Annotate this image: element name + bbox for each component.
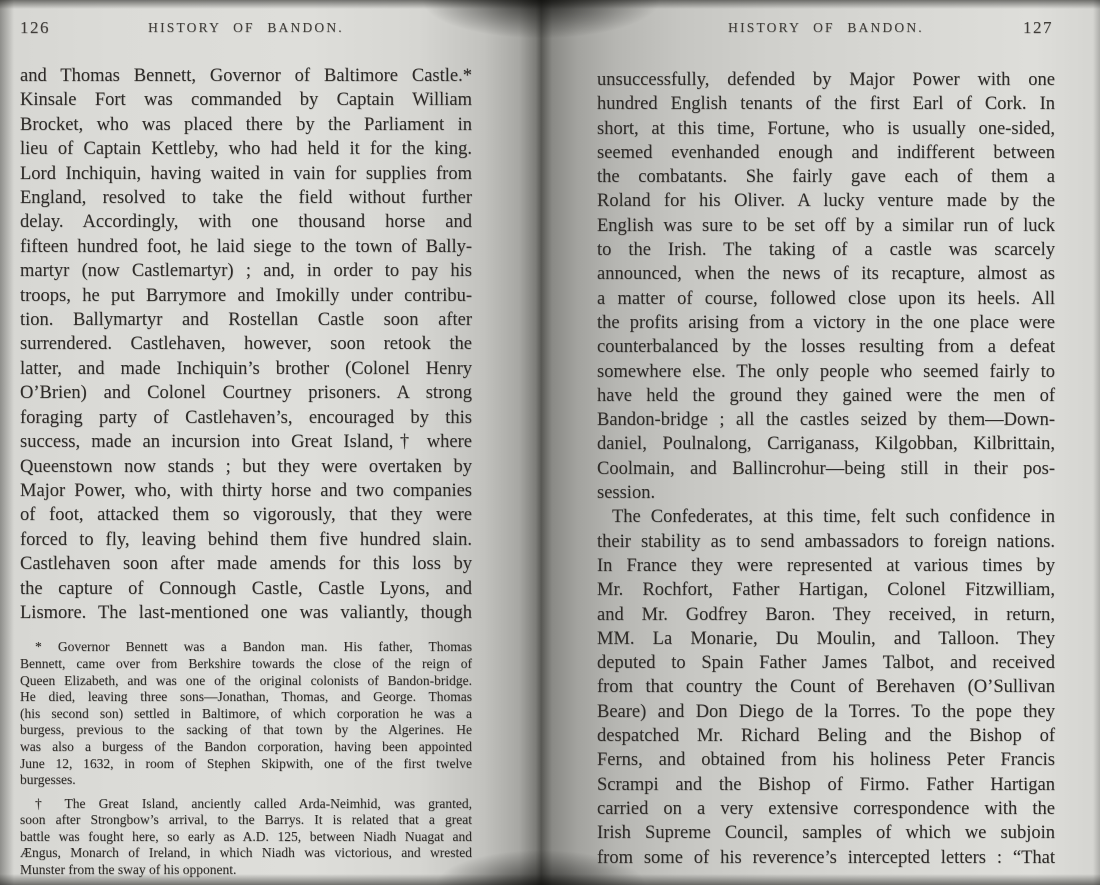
- text-line: Ængus, Monarch of Ireland, in which Niad…: [20, 845, 472, 862]
- text-line: deputed to Spain Father James Talbot, an…: [597, 651, 1055, 675]
- text-line: MM. La Monarie, Du Moulin, and Talloon. …: [597, 627, 1055, 651]
- text-line: latter, and made Inchiquin’s brother (Co…: [20, 357, 472, 381]
- text-line: Bandon-bridge ; all the castles seized b…: [597, 408, 1055, 432]
- text-line: Ferns, and obtained from his holiness Pe…: [597, 748, 1055, 772]
- text-line: somewhere else. The only people who seem…: [597, 360, 1055, 384]
- text-line: from that country the Count of Berehaven…: [597, 675, 1055, 699]
- footnote-asterisk: * Governor Bennett was a Bandon man. His…: [20, 639, 472, 788]
- text-line: Scrampi and the Bishop of Firmo. Father …: [597, 773, 1055, 797]
- text-line: success, made an incursion into Great Is…: [20, 430, 472, 454]
- text-line: Lord Inchiquin, having waited in vain fo…: [20, 162, 472, 186]
- page-header: HISTORY OF BANDON. 127: [597, 20, 1055, 42]
- text-line: delay. Accordingly, with one thousand ho…: [20, 210, 472, 234]
- page-header: 126 HISTORY OF BANDON.: [20, 20, 472, 42]
- text-line: unsuccessfully, defended by Major Power …: [597, 68, 1055, 92]
- text-line: and Mr. Godfrey Baron. They received, in…: [597, 603, 1055, 627]
- page-127: HISTORY OF BANDON. 127 unsuccessfully, d…: [597, 20, 1055, 870]
- body-paragraph: and Thomas Bennett, Governor of Baltimor…: [20, 64, 472, 625]
- text-line: hundred English tenants of the first Ear…: [597, 92, 1055, 116]
- text-line: England, resolved to take the field with…: [20, 186, 472, 210]
- body-paragraph: The Confederates, at this time, felt suc…: [597, 505, 1055, 869]
- text-line: the profits arising from a victory in th…: [597, 311, 1055, 335]
- text-line: daniel, Poulnalong, Carriganass, Kilgobb…: [597, 432, 1055, 456]
- body-text: unsuccessfully, defended by Major Power …: [597, 68, 1055, 870]
- text-line: the combatants. She fairly gave each of …: [597, 165, 1055, 189]
- text-line: Queen Elizabeth, and was one of the orig…: [20, 673, 472, 690]
- text-line: He died, leaving three sons—Jonathan, Th…: [20, 689, 472, 706]
- text-line: Bennett, came over from Berkshire toward…: [20, 656, 472, 673]
- text-line: session.: [597, 481, 1055, 505]
- text-line: Coolmain, and Ballincrohur—being still i…: [597, 457, 1055, 481]
- text-line: and Thomas Bennett, Governor of Baltimor…: [20, 64, 472, 88]
- text-line: Roland for his Oliver. A lucky venture m…: [597, 189, 1055, 213]
- text-line: foraging party of Castlehaven’s, encoura…: [20, 406, 472, 430]
- text-line: Brocket, who was placed there by the Par…: [20, 113, 472, 137]
- body-paragraph: unsuccessfully, defended by Major Power …: [597, 68, 1055, 505]
- book-scan: 126 HISTORY OF BANDON. and Thomas Bennet…: [0, 0, 1100, 885]
- text-line: of foot, attacked them so vigorously, th…: [20, 503, 472, 527]
- running-header: HISTORY OF BANDON.: [728, 20, 924, 35]
- text-line: surrendered. Castlehaven, however, soon …: [20, 332, 472, 356]
- text-line: forced to fly, leaving behind them five …: [20, 528, 472, 552]
- text-line: the capture of Connough Castle, Castle L…: [20, 577, 472, 601]
- page-number: 127: [1023, 18, 1053, 38]
- footnote-section: * Governor Bennett was a Bandon man. His…: [20, 639, 472, 878]
- text-line: tion. Ballymartyr and Rostellan Castle s…: [20, 308, 472, 332]
- text-line: Irish Supreme Council, samples of which …: [597, 821, 1055, 845]
- text-line: carried on a very extensive corresponden…: [597, 797, 1055, 821]
- text-line: a matter of course, followed close upon …: [597, 287, 1055, 311]
- page-126: 126 HISTORY OF BANDON. and Thomas Bennet…: [20, 20, 472, 879]
- text-line: seemed evenhanded enough and indifferent…: [597, 141, 1055, 165]
- text-line: counterbalanced by the losses resulting …: [597, 335, 1055, 359]
- text-line: * Governor Bennett was a Bandon man. His…: [20, 639, 472, 656]
- text-line: from some of his reverence’s intercepted…: [597, 846, 1055, 870]
- text-line: Kinsale Fort was commanded by Captain Wi…: [20, 88, 472, 112]
- text-line: Castlehaven soon after made amends for t…: [20, 552, 472, 576]
- text-line: June 12, 1632, in room of Stephen Skipwi…: [20, 756, 472, 773]
- text-line: martyr (now Castlemartyr) ; and, in orde…: [20, 259, 472, 283]
- body-text: and Thomas Bennett, Governor of Baltimor…: [20, 64, 472, 625]
- text-line: troops, he put Barrymore and Imokilly un…: [20, 284, 472, 308]
- text-line: O’Brien) and Colonel Courtney prisoners.…: [20, 381, 472, 405]
- text-line: short, at this time, Fortune, who is usu…: [597, 117, 1055, 141]
- text-line: despatched Mr. Richard Beling and the Bi…: [597, 724, 1055, 748]
- text-line: † The Great Island, anciently called Ard…: [20, 796, 472, 813]
- text-line: was also a burgess of the Bandon corpora…: [20, 739, 472, 756]
- text-line: English was sure to be set off by a simi…: [597, 214, 1055, 238]
- text-line: Beare) and Don Diego de la Torres. To th…: [597, 700, 1055, 724]
- text-line: Munster from the sway of his opponent.: [20, 862, 472, 879]
- text-line: fifteen hundred foot, he laid siege to t…: [20, 235, 472, 259]
- running-header: HISTORY OF BANDON.: [148, 20, 344, 35]
- text-line: (his second son) settled in Baltimore, o…: [20, 706, 472, 723]
- text-line: lieu of Captain Kettleby, who had held i…: [20, 137, 472, 161]
- footnote-dagger: † The Great Island, anciently called Ard…: [20, 796, 472, 879]
- page-number: 126: [20, 18, 50, 38]
- text-line: Major Power, who, with thirty horse and …: [20, 479, 472, 503]
- text-line: to the Irish. The taking of a castle was…: [597, 238, 1055, 262]
- text-line: burgess, previous to the sacking of that…: [20, 722, 472, 739]
- text-line: have held the ground they gained were th…: [597, 384, 1055, 408]
- text-line: announced, when the news of its recaptur…: [597, 262, 1055, 286]
- text-line: In France they were represented at vario…: [597, 554, 1055, 578]
- text-line: Mr. Rochfort, Father Hartigan, Colonel F…: [597, 578, 1055, 602]
- text-line: The Confederates, at this time, felt suc…: [597, 505, 1055, 529]
- text-line: Queenstown now stands ; but they were ov…: [20, 455, 472, 479]
- text-line: soon after Strongbow’s arrival, to the B…: [20, 812, 472, 829]
- text-line: their stability as to send ambassadors t…: [597, 530, 1055, 554]
- text-line: burgesses.: [20, 772, 472, 789]
- text-line: battle was fought here, so early as A.D.…: [20, 829, 472, 846]
- text-line: Lismore. The last-mentioned one was vali…: [20, 601, 472, 625]
